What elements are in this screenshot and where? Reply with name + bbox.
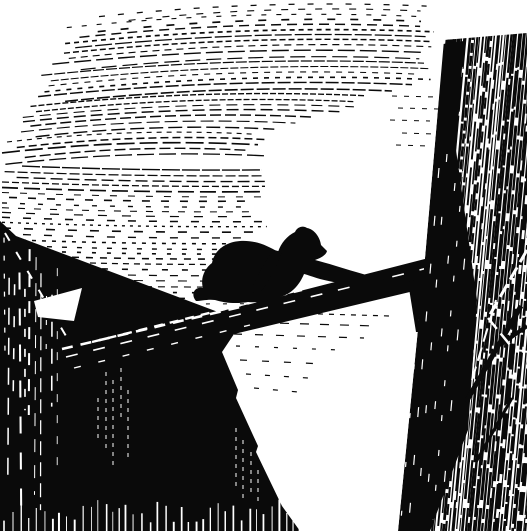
engraving-svg	[0, 0, 527, 531]
engraving-illustration	[0, 0, 527, 531]
